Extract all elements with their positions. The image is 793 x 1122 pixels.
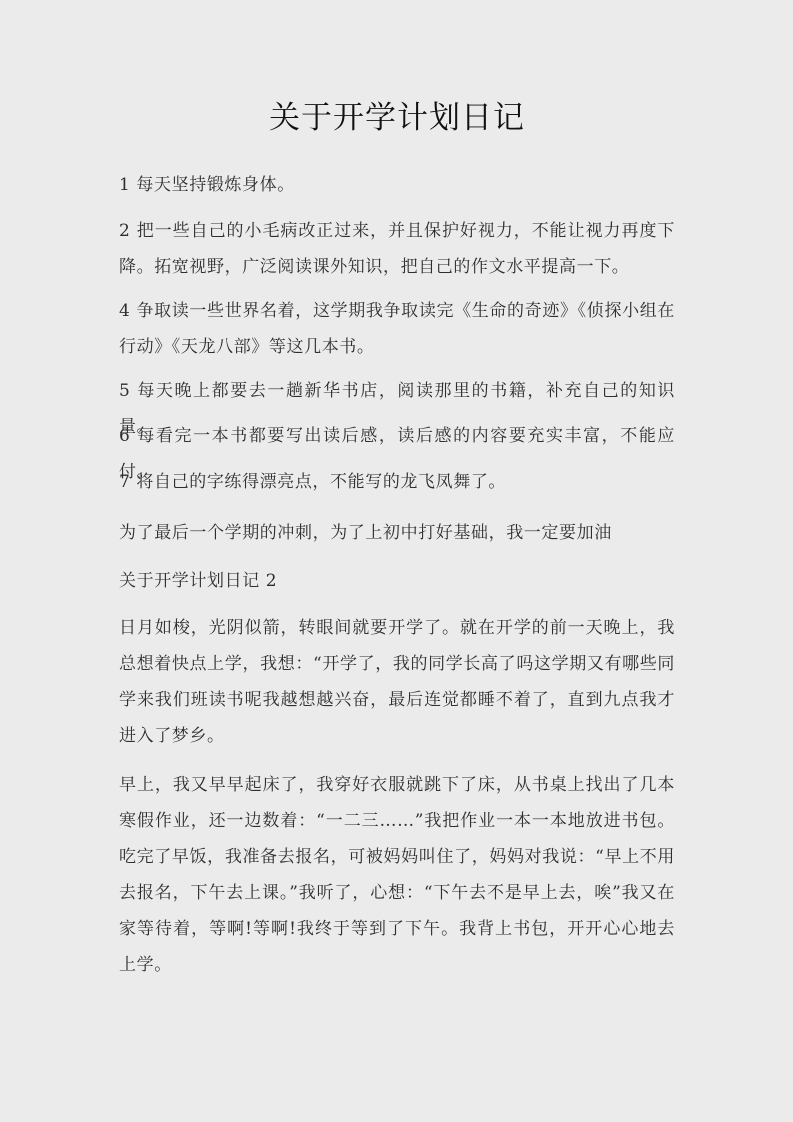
paragraph-conclusion: 为了最后一个学期的冲刺，为了上初中打好基础，我一定要加油 bbox=[119, 515, 675, 551]
paragraph-goal-4: 4 争取读一些世界名着，这学期我争取读完《生命的奇迹》《侦探小组在行动》《天龙八… bbox=[119, 293, 675, 365]
paragraph-goal-2: 2 把一些自己的小毛病改正过来，并且保护好视力，不能让视力再度下降。拓宽视野，广… bbox=[119, 213, 675, 285]
section-heading-2: 关于开学计划日记 2 bbox=[119, 563, 675, 599]
paragraph-goal-1: 1 每天坚持锻炼身体。 bbox=[119, 167, 675, 203]
paragraph-story-1: 日月如梭，光阴似箭，转眼间就要开学了。就在开学的前一天晚上，我总想着快点上学，我… bbox=[119, 610, 675, 754]
document-title: 关于开学计划日记 bbox=[119, 96, 675, 140]
paragraph-goal-7: 7 将自己的字练得漂亮点，不能写的龙飞凤舞了。 bbox=[119, 464, 675, 500]
paragraph-story-2: 早上，我又早早起床了，我穿好衣服就跳下了床，从书桌上找出了几本寒假作业，还一边数… bbox=[119, 767, 675, 983]
